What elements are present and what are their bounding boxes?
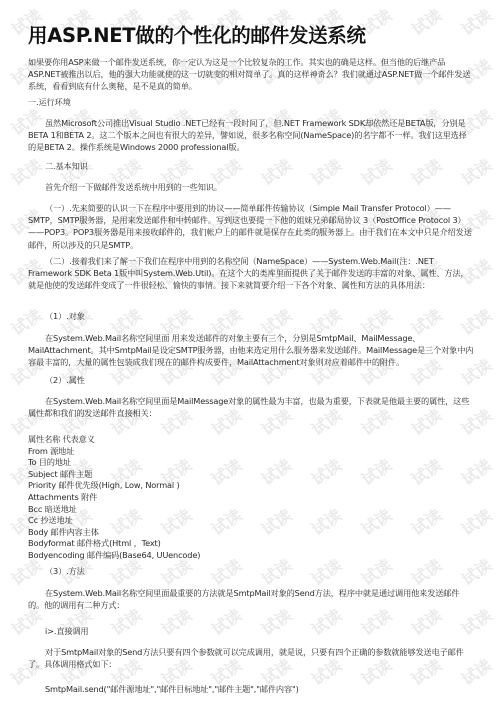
property-row: Attachments 附件 bbox=[28, 492, 474, 504]
namespace-paragraph: （二）.接着我们来了解一下我们在程序中用到的名称空间（NameSpace）——S… bbox=[28, 255, 474, 292]
environment-paragraph: 虽然Microsoft公司推出Visual Studio .NET已经有一段时间… bbox=[28, 117, 474, 154]
properties-table-header: 属性名称 代表意义 bbox=[28, 434, 474, 446]
methods-paragraph: 在System.Web.Mail名称空间里面最重要的方法就是SmtpMail对象… bbox=[28, 587, 474, 611]
properties-table: 属性名称 代表意义 From 源地址 To 目的地址 Subject 邮件主题 … bbox=[28, 434, 474, 562]
property-row: Bcc 暗送地址 bbox=[28, 504, 474, 516]
property-row: Priority 邮件优先级(High, Low, Normal ) bbox=[28, 480, 474, 492]
property-row: Body 邮件内容主体 bbox=[28, 527, 474, 539]
property-row: To 目的地址 bbox=[28, 457, 474, 469]
property-row: Bodyencoding 邮件编码(Base64, UUencode) bbox=[28, 550, 474, 562]
property-row: Cc 抄送地址 bbox=[28, 515, 474, 527]
property-row: Bodyformat 邮件格式(Html ，Text) bbox=[28, 538, 474, 550]
basics-intro-paragraph: 首先介绍一下做邮件发送系统中用到的一些知识。 bbox=[28, 181, 474, 193]
direct-call-paragraph: 对于SmtpMail对象的Send方法只要有四个参数就可以完成调用，就是说，只要… bbox=[28, 646, 474, 670]
page-title: 用ASP.NET做的个性化的邮件发送系统 bbox=[28, 20, 366, 48]
protocol-paragraph: （一）.先来简要的认识一下在程序中要用到的协议——简单邮件传输协议（Simple… bbox=[28, 202, 474, 251]
section-heading-basics: 二.基本知识 bbox=[28, 160, 474, 172]
objects-paragraph: 在System.Web.Mail名称空间里面 用来发送邮件的对象主要有三个，分别… bbox=[28, 332, 474, 369]
methods-heading: （3）.方法 bbox=[28, 565, 474, 577]
direct-call-heading: i>.直接调用 bbox=[28, 625, 474, 637]
objects-heading: （1）.对象 bbox=[28, 310, 474, 322]
watermark-text: 试读 bbox=[456, 3, 495, 40]
direct-call-code: SmtpMail.send("邮件源地址","邮件目标地址","邮件主题","邮… bbox=[28, 683, 474, 695]
section-heading-environment: 一.运行环境 bbox=[28, 96, 474, 108]
properties-heading: （2）.属性 bbox=[28, 374, 474, 386]
watermark-text: 试读 bbox=[406, 3, 445, 40]
intro-paragraph: 如果要你用ASP来做一个邮件发送系统，你一定认为这是一个比较复杂的工作。其实也的… bbox=[28, 56, 474, 93]
property-row: Subject 邮件主题 bbox=[28, 469, 474, 481]
properties-paragraph: 在System.Web.Mail名称空间里面是MailMessage对象的属性最… bbox=[28, 395, 474, 419]
property-row: From 源地址 bbox=[28, 446, 474, 458]
